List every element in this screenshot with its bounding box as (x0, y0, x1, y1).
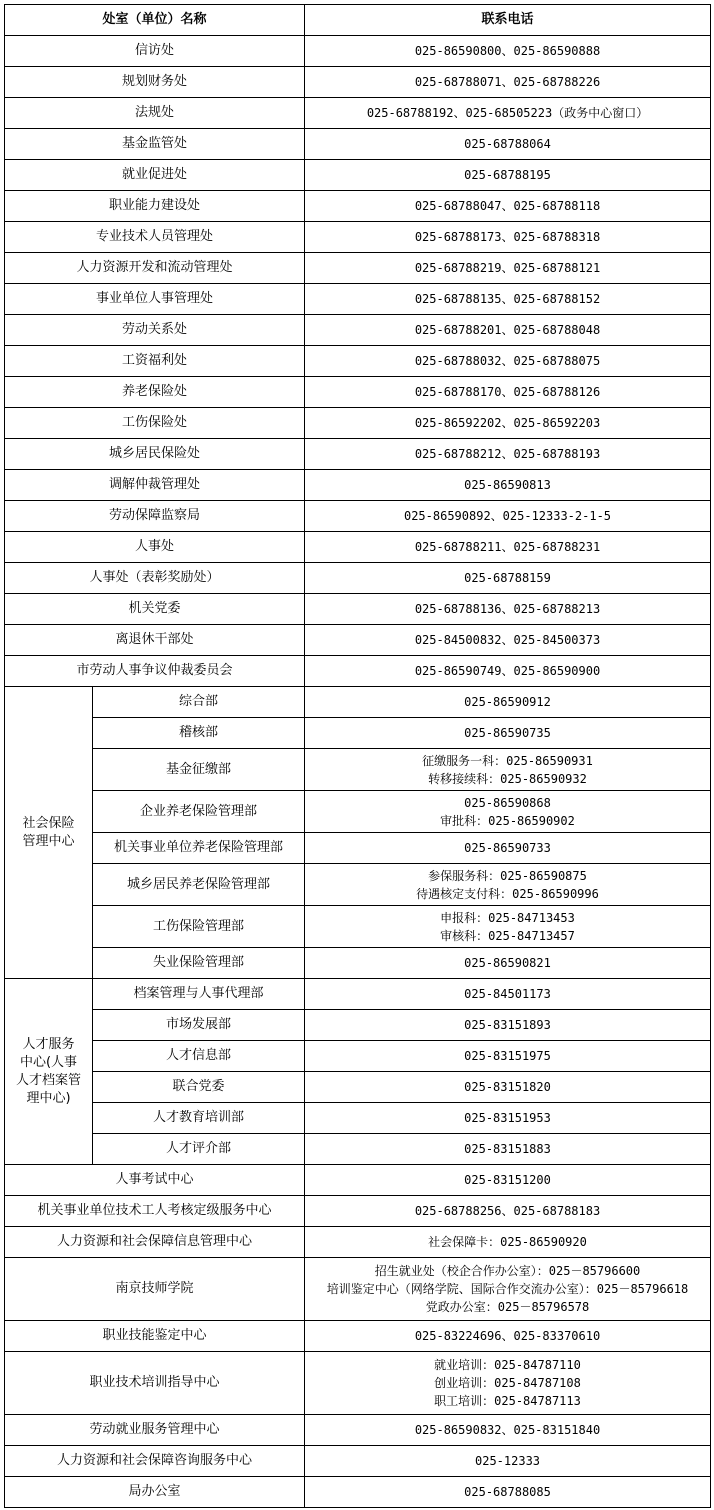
table-row: 人事处025-68788211、025-68788231 (5, 532, 711, 563)
phone-cell: 025-86590733 (305, 833, 711, 864)
phone-cell: 社会保障卡：025-86590920 (305, 1227, 711, 1258)
department-name: 离退休干部处 (5, 625, 305, 656)
phone-cell: 025-68788032、025-68788075 (305, 346, 711, 377)
phone-cell: 申报科：025-84713453审核科：025-84713457 (305, 906, 711, 948)
department-name: 人力资源和社会保障信息管理中心 (5, 1227, 305, 1258)
phone-cell: 025-68788085 (305, 1477, 711, 1508)
phone-number: 025-86590749、025-86590900 (307, 662, 708, 680)
sub-department-name: 机关事业单位养老保险管理部 (93, 833, 305, 864)
phone-number: 025-83151893 (307, 1016, 708, 1034)
phone-cell: 025-68788173、025-68788318 (305, 222, 711, 253)
table-row: 劳动关系处025-68788201、025-68788048 (5, 315, 711, 346)
sub-department-name: 工伤保险管理部 (93, 906, 305, 948)
phone-cell: 025-84501173 (305, 979, 711, 1010)
department-name: 职业技术培训指导中心 (5, 1352, 305, 1415)
phone-cell: 025-68788135、025-68788152 (305, 284, 711, 315)
department-name: 人力资源和社会保障咨询服务中心 (5, 1446, 305, 1477)
table-row: 信访处025-86590800、025-86590888 (5, 36, 711, 67)
phone-number: 025-83151883 (307, 1140, 708, 1158)
table-row: 规划财务处025-68788071、025-68788226 (5, 67, 711, 98)
phone-number: 培训鉴定中心（网络学院、国际合作交流办公室）：025－85796618 (307, 1280, 708, 1298)
sub-department-name: 基金征缴部 (93, 749, 305, 791)
department-name: 就业促进处 (5, 160, 305, 191)
phone-number: 025-86590813 (307, 476, 708, 494)
phone-cell: 025-83151953 (305, 1103, 711, 1134)
group-name-line: 理中心) (7, 1090, 90, 1108)
table-row: 劳动就业服务管理中心025-86590832、025-83151840 (5, 1415, 711, 1446)
department-name: 局办公室 (5, 1477, 305, 1508)
table-row: 就业促进处025-68788195 (5, 160, 711, 191)
group-name-line: 中心(人事 (7, 1054, 90, 1072)
phone-cell: 025-68788219、025-68788121 (305, 253, 711, 284)
phone-number: 025-83224696、025-83370610 (307, 1327, 708, 1345)
department-name: 市劳动人事争议仲裁委员会 (5, 656, 305, 687)
phone-number: 待遇核定支付科：025-86590996 (307, 885, 708, 903)
phone-number: 025-68788032、025-68788075 (307, 352, 708, 370)
table-row: 人事处（表彰奖励处）025-68788159 (5, 563, 711, 594)
sub-department-name: 人才教育培训部 (93, 1103, 305, 1134)
table-row: 工伤保险处025-86592202、025-86592203 (5, 408, 711, 439)
table-row: 人力资源和社会保障咨询服务中心025-12333 (5, 1446, 711, 1477)
group-name-line: 人才服务 (7, 1036, 90, 1054)
phone-cell: 就业培训：025-84787110创业培训：025-84787108职工培训：0… (305, 1352, 711, 1415)
phone-cell: 025-68788212、025-68788193 (305, 439, 711, 470)
phone-number: 025-86590892、025-12333-2-1-5 (307, 507, 708, 525)
phone-number: 025-68788173、025-68788318 (307, 228, 708, 246)
phone-number: 创业培训：025-84787108 (307, 1374, 708, 1392)
table-row: 专业技术人员管理处025-68788173、025-68788318 (5, 222, 711, 253)
phone-cell: 025-68788201、025-68788048 (305, 315, 711, 346)
group-name-line: 人才档案管 (7, 1072, 90, 1090)
phone-cell: 025-83151975 (305, 1041, 711, 1072)
table-row: 养老保险处025-68788170、025-68788126 (5, 377, 711, 408)
table-row: 社会保险管理中心综合部025-86590912 (5, 687, 711, 718)
phone-number: 征缴服务一科：025-86590931 (307, 752, 708, 770)
table-row: 人事考试中心025-83151200 (5, 1165, 711, 1196)
department-name: 工资福利处 (5, 346, 305, 377)
phone-number: 025-83151953 (307, 1109, 708, 1127)
phone-number: 025-68788064 (307, 135, 708, 153)
table-row: 基金征缴部征缴服务一科：025-86590931转移接续科：025-865909… (5, 749, 711, 791)
department-name: 职业技能鉴定中心 (5, 1321, 305, 1352)
table-row: 人才信息部025-83151975 (5, 1041, 711, 1072)
phone-cell: 025-83151893 (305, 1010, 711, 1041)
group-name-line: 社会保险 (7, 815, 90, 833)
phone-number: 参保服务科：025-86590875 (307, 867, 708, 885)
group-name: 人才服务中心(人事人才档案管理中心) (5, 979, 93, 1165)
department-name: 信访处 (5, 36, 305, 67)
phone-number: 025-84501173 (307, 985, 708, 1003)
phone-number: 职工培训：025-84787113 (307, 1392, 708, 1410)
phone-number: 025-68788211、025-68788231 (307, 538, 708, 556)
department-name: 人事处 (5, 532, 305, 563)
department-name: 城乡居民保险处 (5, 439, 305, 470)
table-row: 机关事业单位养老保险管理部025-86590733 (5, 833, 711, 864)
phone-cell: 025-68788047、025-68788118 (305, 191, 711, 222)
sub-department-name: 人才评介部 (93, 1134, 305, 1165)
phone-number: 025-68788136、025-68788213 (307, 600, 708, 618)
phone-number: 就业培训：025-84787110 (307, 1356, 708, 1374)
table-row: 工伤保险管理部申报科：025-84713453审核科：025-84713457 (5, 906, 711, 948)
phone-cell: 025-68788071、025-68788226 (305, 67, 711, 98)
phone-cell: 025-86590868审批科：025-86590902 (305, 791, 711, 833)
table-row: 基金监管处025-68788064 (5, 129, 711, 160)
phone-cell: 025-68788170、025-68788126 (305, 377, 711, 408)
sub-department-name: 失业保险管理部 (93, 948, 305, 979)
phone-cell: 025-84500832、025-84500373 (305, 625, 711, 656)
table-row: 机关党委025-68788136、025-68788213 (5, 594, 711, 625)
phone-cell: 025-86590735 (305, 718, 711, 749)
phone-cell: 025-83151883 (305, 1134, 711, 1165)
phone-cell: 025-83224696、025-83370610 (305, 1321, 711, 1352)
table-row: 工资福利处025-68788032、025-68788075 (5, 346, 711, 377)
table-row: 企业养老保险管理部025-86590868审批科：025-86590902 (5, 791, 711, 833)
phone-number: 025-68788135、025-68788152 (307, 290, 708, 308)
table-row: 失业保险管理部025-86590821 (5, 948, 711, 979)
phone-cell: 025-68788159 (305, 563, 711, 594)
department-name: 基金监管处 (5, 129, 305, 160)
phone-number: 025-83151200 (307, 1171, 708, 1189)
department-name: 劳动保障监察局 (5, 501, 305, 532)
phone-cell: 025-86590800、025-86590888 (305, 36, 711, 67)
phone-number: 025-68788192、025-68505223（政务中心窗口） (307, 104, 708, 122)
department-name: 人事处（表彰奖励处） (5, 563, 305, 594)
phone-number: 025-68788047、025-68788118 (307, 197, 708, 215)
phone-number: 025-86590821 (307, 954, 708, 972)
department-name: 劳动就业服务管理中心 (5, 1415, 305, 1446)
phone-number: 申报科：025-84713453 (307, 909, 708, 927)
phone-cell: 招生就业处（校企合作办公室）：025－85796600培训鉴定中心（网络学院、国… (305, 1258, 711, 1321)
header-phone-column: 联系电话 (305, 5, 711, 36)
contact-table: 处室（单位）名称 联系电话 信访处025-86590800、025-865908… (4, 4, 711, 1508)
table-row: 人才教育培训部025-83151953 (5, 1103, 711, 1134)
phone-cell: 025-68788136、025-68788213 (305, 594, 711, 625)
phone-cell: 025-12333 (305, 1446, 711, 1477)
table-row: 职业能力建设处025-68788047、025-68788118 (5, 191, 711, 222)
phone-number: 025-86590800、025-86590888 (307, 42, 708, 60)
phone-number: 025-86590868 (307, 794, 708, 812)
phone-number: 025-83151975 (307, 1047, 708, 1065)
sub-department-name: 档案管理与人事代理部 (93, 979, 305, 1010)
department-name: 养老保险处 (5, 377, 305, 408)
phone-number: 025-68788212、025-68788193 (307, 445, 708, 463)
department-name: 机关事业单位技术工人考核定级服务中心 (5, 1196, 305, 1227)
phone-number: 025-86592202、025-86592203 (307, 414, 708, 432)
table-row: 职业技术培训指导中心就业培训：025-84787110创业培训：025-8478… (5, 1352, 711, 1415)
table-row: 稽核部025-86590735 (5, 718, 711, 749)
sub-department-name: 企业养老保险管理部 (93, 791, 305, 833)
phone-number: 025-86590735 (307, 724, 708, 742)
table-row: 机关事业单位技术工人考核定级服务中心025-68788256、025-68788… (5, 1196, 711, 1227)
phone-number: 025-86590912 (307, 693, 708, 711)
department-name: 法规处 (5, 98, 305, 129)
phone-cell: 025-68788195 (305, 160, 711, 191)
table-row: 城乡居民保险处025-68788212、025-68788193 (5, 439, 711, 470)
phone-number: 招生就业处（校企合作办公室）：025－85796600 (307, 1262, 708, 1280)
table-row: 市劳动人事争议仲裁委员会025-86590749、025-86590900 (5, 656, 711, 687)
phone-cell: 025-68788064 (305, 129, 711, 160)
department-name: 规划财务处 (5, 67, 305, 98)
sub-department-name: 综合部 (93, 687, 305, 718)
table-row: 职业技能鉴定中心025-83224696、025-83370610 (5, 1321, 711, 1352)
department-name: 事业单位人事管理处 (5, 284, 305, 315)
group-name: 社会保险管理中心 (5, 687, 93, 979)
table-row: 局办公室025-68788085 (5, 1477, 711, 1508)
phone-number: 审核科：025-84713457 (307, 927, 708, 945)
table-row: 人才服务中心(人事人才档案管理中心)档案管理与人事代理部025-84501173 (5, 979, 711, 1010)
phone-cell: 025-86590749、025-86590900 (305, 656, 711, 687)
phone-number: 025-68788195 (307, 166, 708, 184)
phone-number: 025-68788201、025-68788048 (307, 321, 708, 339)
phone-number: 025-68788085 (307, 1483, 708, 1501)
phone-number: 025-68788159 (307, 569, 708, 587)
phone-number: 党政办公室：025－85796578 (307, 1298, 708, 1316)
department-name: 劳动关系处 (5, 315, 305, 346)
sub-department-name: 联合党委 (93, 1072, 305, 1103)
phone-cell: 025-68788192、025-68505223（政务中心窗口） (305, 98, 711, 129)
table-row: 南京技师学院招生就业处（校企合作办公室）：025－85796600培训鉴定中心（… (5, 1258, 711, 1321)
phone-cell: 025-86590912 (305, 687, 711, 718)
phone-cell: 025-86590832、025-83151840 (305, 1415, 711, 1446)
phone-number: 025-86590733 (307, 839, 708, 857)
phone-number: 审批科：025-86590902 (307, 812, 708, 830)
phone-cell: 025-86590892、025-12333-2-1-5 (305, 501, 711, 532)
department-name: 调解仲裁管理处 (5, 470, 305, 501)
group-name-line: 管理中心 (7, 833, 90, 851)
phone-number: 025-68788071、025-68788226 (307, 73, 708, 91)
sub-department-name: 人才信息部 (93, 1041, 305, 1072)
department-name: 职业能力建设处 (5, 191, 305, 222)
phone-number: 025-83151820 (307, 1078, 708, 1096)
table-row: 劳动保障监察局025-86590892、025-12333-2-1-5 (5, 501, 711, 532)
table-row: 人才评介部025-83151883 (5, 1134, 711, 1165)
table-row: 人力资源和社会保障信息管理中心社会保障卡：025-86590920 (5, 1227, 711, 1258)
phone-cell: 025-83151200 (305, 1165, 711, 1196)
sub-department-name: 城乡居民养老保险管理部 (93, 864, 305, 906)
phone-number: 社会保障卡：025-86590920 (307, 1233, 708, 1251)
table-row: 城乡居民养老保险管理部参保服务科：025-86590875待遇核定支付科：025… (5, 864, 711, 906)
phone-cell: 025-86592202、025-86592203 (305, 408, 711, 439)
phone-number: 025-68788219、025-68788121 (307, 259, 708, 277)
sub-department-name: 稽核部 (93, 718, 305, 749)
table-row: 联合党委025-83151820 (5, 1072, 711, 1103)
phone-cell: 025-86590813 (305, 470, 711, 501)
phone-cell: 025-68788211、025-68788231 (305, 532, 711, 563)
table-row: 法规处025-68788192、025-68505223（政务中心窗口） (5, 98, 711, 129)
phone-number: 025-12333 (307, 1452, 708, 1470)
phone-cell: 025-83151820 (305, 1072, 711, 1103)
phone-cell: 参保服务科：025-86590875待遇核定支付科：025-86590996 (305, 864, 711, 906)
phone-number: 025-68788256、025-68788183 (307, 1202, 708, 1220)
sub-department-name: 市场发展部 (93, 1010, 305, 1041)
phone-number: 转移接续科：025-86590932 (307, 770, 708, 788)
department-name: 南京技师学院 (5, 1258, 305, 1321)
department-name: 专业技术人员管理处 (5, 222, 305, 253)
table-row: 离退休干部处025-84500832、025-84500373 (5, 625, 711, 656)
department-name: 机关党委 (5, 594, 305, 625)
phone-cell: 征缴服务一科：025-86590931转移接续科：025-86590932 (305, 749, 711, 791)
table-row: 人力资源开发和流动管理处025-68788219、025-68788121 (5, 253, 711, 284)
department-name: 人力资源开发和流动管理处 (5, 253, 305, 284)
table-body: 信访处025-86590800、025-86590888规划财务处025-687… (5, 36, 711, 1508)
phone-number: 025-68788170、025-68788126 (307, 383, 708, 401)
department-name: 工伤保险处 (5, 408, 305, 439)
table-row: 事业单位人事管理处025-68788135、025-68788152 (5, 284, 711, 315)
header-name-column: 处室（单位）名称 (5, 5, 305, 36)
department-name: 人事考试中心 (5, 1165, 305, 1196)
table-row: 市场发展部025-83151893 (5, 1010, 711, 1041)
phone-number: 025-84500832、025-84500373 (307, 631, 708, 649)
phone-cell: 025-86590821 (305, 948, 711, 979)
table-row: 调解仲裁管理处025-86590813 (5, 470, 711, 501)
phone-number: 025-86590832、025-83151840 (307, 1421, 708, 1439)
phone-cell: 025-68788256、025-68788183 (305, 1196, 711, 1227)
